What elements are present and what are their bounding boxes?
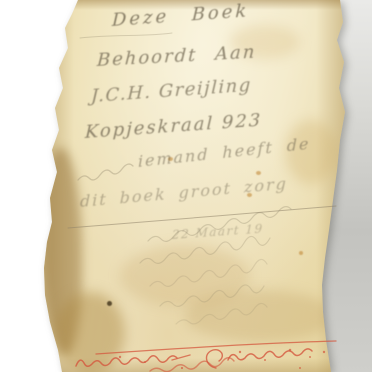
stain: [55, 292, 125, 372]
ink-dot: [107, 301, 112, 306]
faint-date-fragment: 22 Maart 19: [172, 222, 264, 242]
handwriting-line-6: dit boek groot zorg: [80, 174, 288, 211]
handwriting-line-1: Deze Boek: [112, 0, 250, 31]
paper-wrap: Deze Boek Behoordt Aan J.C.H. Greijling …: [0, 0, 372, 372]
foxing-speck: [299, 251, 303, 255]
handwriting-line-2: Behoordt Aan: [96, 42, 256, 71]
foxing-speck: [256, 171, 261, 175]
handwriting-line-5: iemand heeft de: [138, 134, 310, 171]
stain: [185, 290, 335, 342]
photo-of-handwritten-page: Deze Boek Behoordt Aan J.C.H. Greijling …: [0, 0, 372, 372]
handwriting-line-4: Kopjeskraal 923: [85, 110, 263, 143]
handwriting-line-3: J.C.H. Greijling: [91, 75, 252, 107]
torn-paper-page: Deze Boek Behoordt Aan J.C.H. Greijling …: [0, 0, 372, 372]
